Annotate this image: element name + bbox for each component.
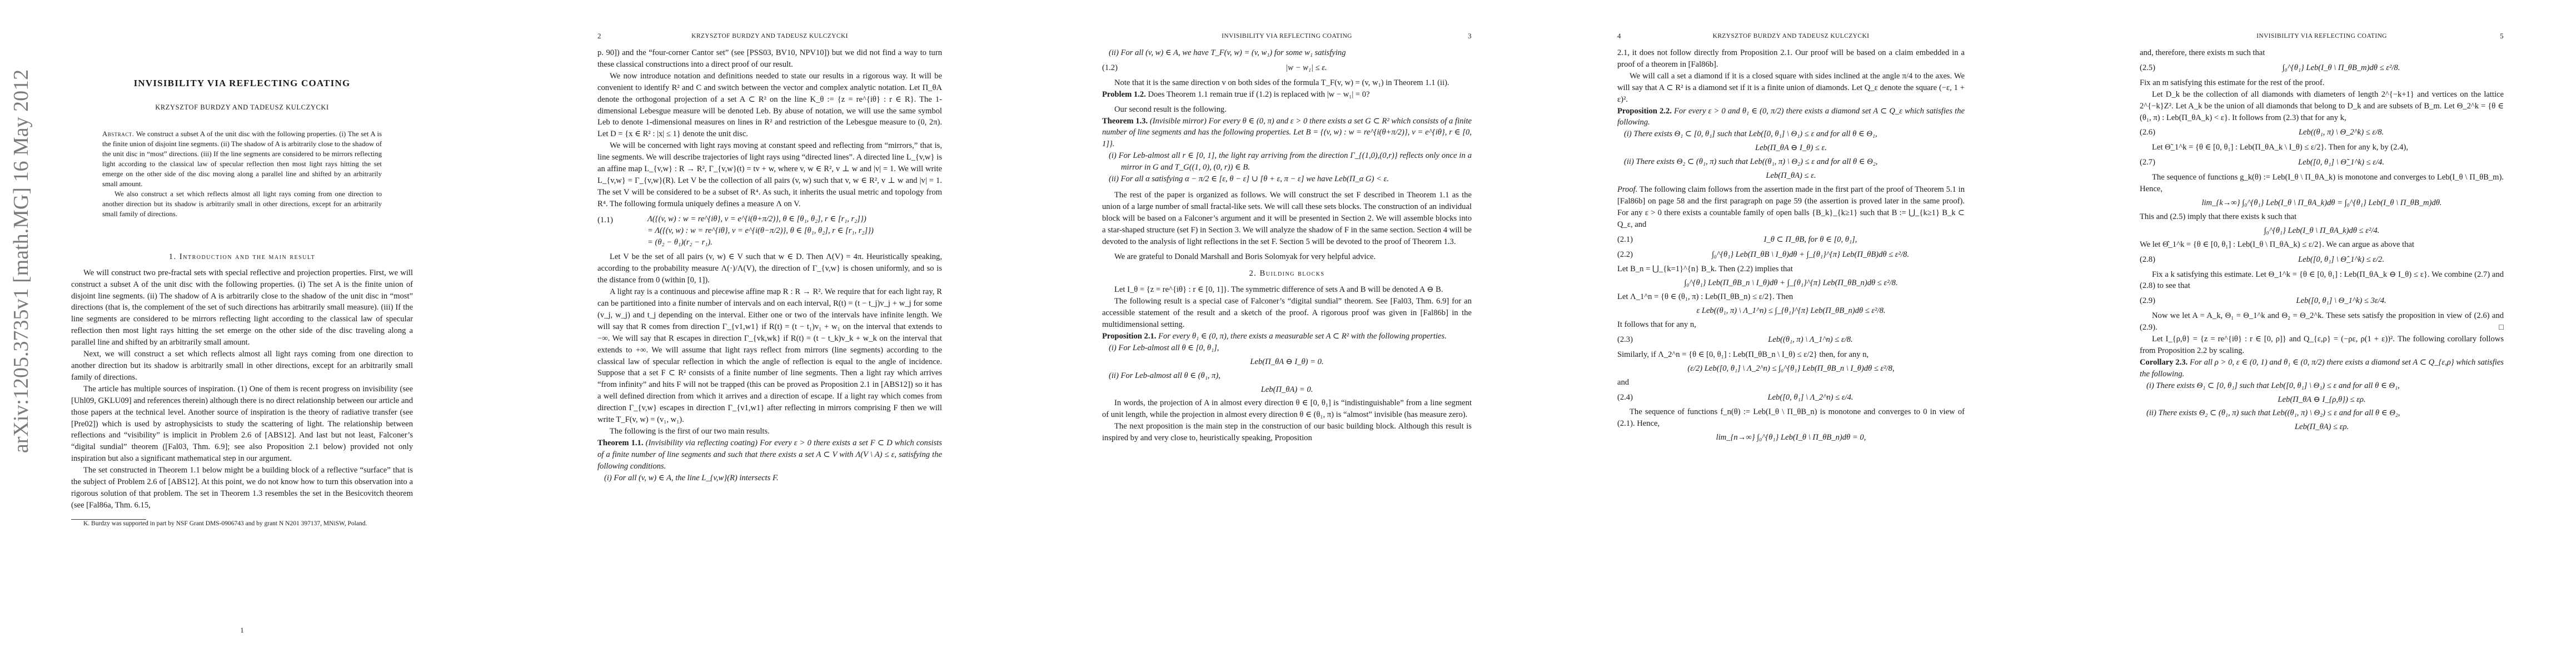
running-header: 4 KRZYSZTOF BURDZY AND TADEUSZ KULCZYCKI [1617,31,1965,42]
equation: (ε/2) Leb([0, θ₁] \ Λ_2^n) ≤ ∫₀^{θ₁} Leb… [1617,363,1965,375]
proposition-text: For every θ₁ ∈ (0, π), there exists a me… [1158,332,1447,341]
paragraph: The next proposition is the main step in… [1102,421,1472,444]
equation-2-7: (2.7) Leb([0, θ₁] \ Θ̃_1^k) ≤ ε/4. [2140,157,2504,168]
paragraph: The following result is a special case o… [1102,296,1472,331]
paragraph: We let Θ̂_1^k = {θ ∈ [0, θ₁] : Leb(I_θ \… [2140,239,2504,251]
abstract-label: Abstract. [102,130,134,138]
equation-2-1: (2.1) I_θ ⊂ Π_θB, for θ ∈ [0, θ₁], [1617,234,1965,246]
theorem-item: (i) For all (v, w) ∈ A, the line L_{v,w}… [597,472,942,484]
equation-line: Λ({(v, w) : w = re^{iθ}, v = e^{i(θ+π/2)… [647,213,942,225]
equation: lim_{n→∞} ∫₀^{θ₁} Leb(I_θ \ Π_θB_n)dθ = … [1617,432,1965,444]
paragraph: We will construct two pre-fractal sets w… [71,267,413,349]
theorem-text: (Invisibility via reflecting coating) Fo… [597,439,942,471]
problem-text: Does Theorem 1.1 remain true if (1.2) is… [1148,90,1369,99]
paragraph: p. 90]) and the “four-corner Cantor set”… [597,47,942,71]
equation-body: Leb([0, θ₁] \ Θ_1^k) ≤ 3ε/4. [2179,295,2504,307]
paragraph: A light ray is a continuous and piecewis… [597,286,942,426]
equation-body: Leb((θ₁, π) \ Θ_2^k) ≤ ε/8. [2179,127,2504,138]
equation: Leb(Π_θA) ≤ ερ. [2140,421,2504,433]
arxiv-stamp: arXiv:1205.3735v1 [math.MG] 16 May 2012 [4,67,38,456]
running-head: KRZYSZTOF BURDZY AND TADEUSZ KULCZYCKI [597,31,942,42]
equation: Leb(Π_θA ⊖ I_θ) = 0. [1102,356,1472,368]
page-5: INVISIBILITY VIA REFLECTING COATING 5 an… [2140,0,2504,667]
equation-2-6: (2.6) Leb((θ₁, π) \ Θ_2^k) ≤ ε/8. [2140,127,2504,138]
section-2-title: 2. Building blocks [1102,268,1472,280]
paragraph: We will call a set a diamond if it is a … [1617,71,1965,106]
page-3: INVISIBILITY VIA REFLECTING COATING 3 (i… [1102,0,1472,667]
equation-2-3: (2.3) Leb((θ₁, π) \ Λ_1^n) ≤ ε/8. [1617,334,1965,346]
theorem-label: Theorem 1.1. [597,439,643,447]
equation: ∫₀^{θ₁} Leb(Π_θB_n \ I_θ)dθ + ∫_{θ₁}^{π}… [1617,277,1965,289]
paragraph-text: Now we let A = A_k, Θ₁ = Θ_1^k and Θ₂ = … [2140,311,2504,332]
paragraph: Similarly, if Λ_2^n = {θ ∈ [0, θ₁] : Leb… [1617,349,1965,361]
paragraph: and [1617,377,1965,389]
page-2: 2 KRZYSZTOF BURDZY AND TADEUSZ KULCZYCKI… [597,0,942,667]
paragraph: Let I_θ = {z = re^{iθ} : r ∈ [0, 1]}. Th… [1102,284,1472,296]
paragraph: Fix a k satisfying this estimate. Let Θ_… [2140,269,2504,292]
proposition-2-2: Proposition 2.2. For every ε > 0 and θ₁ … [1617,106,1965,129]
theorem-item: (i) For Leb-almost all r ∈ [0, 1], the l… [1102,150,1472,173]
paragraph: Our second result is the following. [1102,104,1472,116]
paragraph: Let I_{ρ,θ} = {z = re^{iθ} : r ∈ [0, ρ]}… [2140,333,2504,357]
equation-line: = (θ₂ − θ₁)(r₂ − r₁). [647,237,942,248]
footnote: K. Burdzy was supported in part by NSF G… [71,520,413,528]
paragraph: The article has multiple sources of insp… [71,384,413,465]
paragraph: The sequence of functions f_n(θ) := Leb(… [1617,406,1965,430]
paragraph: We will be concerned with light rays mov… [597,140,942,210]
page-1: INVISIBILITY VIA REFLECTING COATING KRZY… [71,0,413,667]
running-head: KRZYSZTOF BURDZY AND TADEUSZ KULCZYCKI [1617,31,1965,42]
paragraph: 2.1, it does not follow directly from Pr… [1617,47,1965,71]
page-4: 4 KRZYSZTOF BURDZY AND TADEUSZ KULCZYCKI… [1617,0,1965,667]
proposition-item: (i) There exists Θ₁ ⊂ [0, θ₁] such that … [1617,128,1965,140]
section-1-title: 1. Introduction and the main result [71,251,413,263]
equation-2-5: (2.5) ∫₀^{θ₁} Leb(I_θ \ Π_θB_m)dθ ≤ ε²/8… [2140,62,2504,74]
equation-tag: (2.7) [2140,157,2179,168]
problem-label: Problem 1.2. [1102,90,1146,99]
equation-1-2: (1.2) |w − w₁| ≤ ε. [1102,62,1472,74]
abstract-text-2: We also construct a set which reflects a… [102,189,382,219]
header-page-number: 5 [2500,31,2504,42]
theorem-item: (ii) For all α satisfying α − π/2 ∈ [ε, … [1102,173,1472,185]
proposition-label: Proposition 2.1. [1102,332,1156,341]
paragraph: It follows that for any n, [1617,319,1965,331]
equation-tag: (2.6) [2140,127,2179,138]
equation: ∫₀^{θ₁} Leb(I_θ \ Π_θA_k)dθ ≤ ε²/4. [2140,225,2504,237]
running-header: 2 KRZYSZTOF BURDZY AND TADEUSZ KULCZYCKI [597,31,942,42]
paragraph: The set constructed in Theorem 1.1 below… [71,465,413,511]
paper-authors: KRZYSZTOF BURDZY AND TADEUSZ KULCZYCKI [71,102,413,113]
qed-symbol: □ [2487,322,2504,333]
paragraph: Let D_k be the collection of all diamond… [2140,89,2504,124]
proof: Proof. The following claim follows from … [1617,184,1965,231]
equation-tag: (2.8) [2140,254,2179,266]
corollary-label: Corollary 2.3. [2140,358,2188,367]
equation-tag: (2.4) [1617,392,1656,404]
equation-2-2: (2.2) ∫₀^{θ₁} Leb(Π_θB \ I_θ)dθ + ∫_{θ₁}… [1617,249,1965,261]
proof-label: Proof. [1617,185,1637,194]
proposition-2-1: Proposition 2.1. For every θ₁ ∈ (0, π), … [1102,331,1472,342]
theorem-text: (Invisible mirror) For every θ ∈ (0, π) … [1102,117,1472,149]
equation-body: Leb((θ₁, π) \ Λ_1^n) ≤ ε/8. [1656,334,1965,346]
equation: ε Leb((θ₁, π) \ Λ_1^n) ≤ ∫_{θ₁}^{π} Leb(… [1617,305,1965,317]
paragraph: Let B_n = ⋃_{k=1}^{n} B_k. Then (2.2) im… [1617,263,1965,275]
equation-body: Leb([0, θ₁] \ Θ̃_1^k) ≤ ε/4. [2179,157,2504,168]
proof-text: The following claim follows from the ass… [1617,185,1965,229]
equation: Leb(Π_θA ⊖ I_{ρ,θ}) ≤ ερ. [2140,394,2504,406]
paragraph: This and (2.5) imply that there exists k… [2140,211,2504,223]
corollary-2-3: Corollary 2.3. For all ρ > 0, ε ∈ (0, 1)… [2140,357,2504,380]
equation-body: ∫₀^{θ₁} Leb(Π_θB \ I_θ)dθ + ∫_{θ₁}^{π} L… [1656,249,1965,261]
paragraph: Now we let A = A_k, Θ₁ = Θ_1^k and Θ₂ = … [2140,310,2504,333]
equation: Leb(Π_θA ⊖ I_θ) ≤ ε. [1617,142,1965,154]
paragraph: The sequence of functions g_k(θ) := Leb(… [2140,172,2504,195]
paragraph: We now introduce notation and definition… [597,71,942,140]
equation: Leb(Π_θA) ≤ ε. [1617,170,1965,182]
paragraph: We are grateful to Donald Marshall and B… [1102,251,1472,263]
theorem-item: (ii) For all (v, w) ∈ A, we have T_F(v, … [1102,47,1472,59]
paper-title: INVISIBILITY VIA REFLECTING COATING [71,78,413,89]
theorem-1-3: Theorem 1.3. (Invisible mirror) For ever… [1102,116,1472,151]
equation-body: Leb([0, θ₁] \ Θ̂_1^k) ≤ ε/2. [2179,254,2504,266]
corollary-item: (i) There exists Θ₁ ⊂ [0, θ₁] such that … [2140,380,2504,392]
running-header: INVISIBILITY VIA REFLECTING COATING 5 [2140,31,2504,42]
equation-tag: (1.1) [597,213,636,226]
page-number: 1 [71,625,413,636]
paragraph: Note that it is the same direction v on … [1102,77,1472,89]
equation-2-8: (2.8) Leb([0, θ₁] \ Θ̂_1^k) ≤ ε/2. [2140,254,2504,266]
equation-tag: (2.2) [1617,249,1656,261]
equation-body: ∫₀^{θ₁} Leb(I_θ \ Π_θB_m)dθ ≤ ε²/8. [2179,62,2504,74]
equation-2-4: (2.4) Leb([0, θ₁] \ Λ_2^n) ≤ ε/4. [1617,392,1965,404]
paragraph: In words, the projection of A in almost … [1102,397,1472,421]
equation-tag: (1.2) [1102,62,1141,74]
running-header: INVISIBILITY VIA REFLECTING COATING 3 [1102,31,1472,42]
corollary-text: For all ρ > 0, ε ∈ (0, 1) and θ₁ ∈ (0, π… [2140,358,2504,379]
paragraph: Next, we will construct a set which refl… [71,349,413,384]
paragraph: and, therefore, there exists m such that [2140,47,2504,59]
abstract-text-1: We construct a subset A of the unit disc… [102,130,382,188]
equation: lim_{k→∞} ∫₀^{θ₁} Leb(I_θ \ Π_θA_k)dθ = … [2140,197,2504,209]
equation-body: |w − w₁| ≤ ε. [1141,62,1472,74]
corollary-item: (ii) There exists Θ₂ ⊂ (θ₁, π) such that… [2140,407,2504,419]
proposition-item: (ii) For Leb-almost all θ ∈ (θ₁, π), [1102,370,1472,382]
equation: Leb(Π_θA) = 0. [1102,384,1472,396]
proposition-label: Proposition 2.2. [1617,107,1672,116]
equation-1-1: (1.1) Λ({(v, w) : w = re^{iθ}, v = e^{i(… [597,213,942,248]
abstract: Abstract. We construct a subset A of the… [102,129,382,219]
equation-tag: (2.9) [2140,295,2179,307]
theorem-label: Theorem 1.3. [1102,117,1148,126]
paragraph: The following is the first of our two ma… [597,426,942,437]
paragraph: The rest of the paper is organized as fo… [1102,190,1472,248]
header-page-number: 3 [1468,31,1472,42]
equation-tag: (2.3) [1617,334,1656,346]
problem-1-2: Problem 1.2. Does Theorem 1.1 remain tru… [1102,89,1472,101]
equation-body: I_θ ⊂ Π_θB, for θ ∈ [0, θ₁], [1656,234,1965,246]
paragraph: Fix an m satisfying this estimate for th… [2140,77,2504,89]
proposition-item: (ii) There exists Θ₂ ⊂ (θ₁, π) such that… [1617,156,1965,168]
equation-body: Leb([0, θ₁] \ Λ_2^n) ≤ ε/4. [1656,392,1965,404]
equation-2-9: (2.9) Leb([0, θ₁] \ Θ_1^k) ≤ 3ε/4. [2140,295,2504,307]
proposition-item: (i) For Leb-almost all θ ∈ [0, θ₁], [1102,342,1472,354]
paragraph: Let V be the set of all pairs (v, w) ∈ V… [597,251,942,286]
arxiv-identifier: arXiv:1205.3735v1 [math.MG] 16 May 2012 [9,69,33,453]
equation-tag: (2.1) [1617,234,1656,246]
paragraph: Let Θ̃_1^k = {θ ∈ [0, θ₁] : Leb(Π_θA_k \… [2140,142,2504,153]
equation-tag: (2.5) [2140,62,2179,74]
paragraph: Let Λ_1^n = {θ ∈ (θ₁, π) : Leb(Π_θB_n) ≤… [1617,291,1965,303]
running-head: INVISIBILITY VIA REFLECTING COATING [1102,31,1472,42]
equation-line: = Λ({(v, w) : w = re^{iθ}, v = e^{i(θ−π/… [647,225,942,237]
running-head: INVISIBILITY VIA REFLECTING COATING [2140,31,2504,42]
theorem-1-1: Theorem 1.1. (Invisibility via reflectin… [597,437,942,472]
